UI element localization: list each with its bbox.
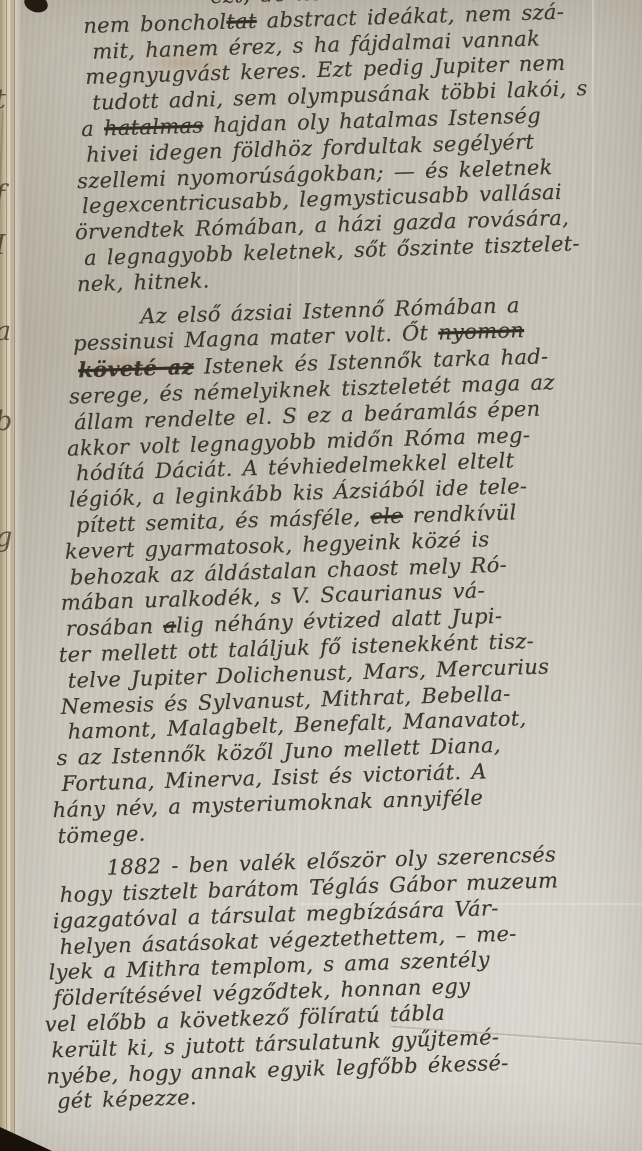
struck-word: nyomon — [438, 318, 525, 345]
text-segment: gét képezze. — [57, 1086, 197, 1114]
text-segment: nek, hitnek. — [77, 268, 210, 296]
manuscript-photo: tfIabg ezt, de nem szivet, melynem bonch… — [0, 0, 642, 1151]
manuscript-text: ezt, de nem szivet, melynem boncholtat a… — [14, 0, 642, 1116]
text-segment: nem bonchol — [83, 10, 227, 38]
margin-glyph-fragment: b — [0, 406, 12, 437]
margin-glyph-fragment: g — [0, 522, 12, 553]
margin-glyph-fragment: t — [0, 84, 6, 115]
text-segment: rendkívül — [403, 500, 517, 527]
text-segment: tömege. — [57, 821, 146, 848]
sheet-edge-line — [6, 0, 7, 1151]
sheet-edge-line — [14, 0, 15, 1151]
margin-glyph-fragment: I — [0, 230, 6, 261]
margin-glyph-fragment: a — [0, 316, 11, 347]
photo-corner-shadow — [0, 1127, 52, 1151]
struck-word: ele — [370, 504, 403, 529]
text-segment: a — [81, 116, 104, 141]
struck-word: hatalmas — [104, 113, 204, 140]
text-segment: rosában — [65, 614, 163, 641]
struck-word: tat — [226, 9, 257, 34]
margin-glyph-fragment: f — [0, 180, 5, 211]
struck-word: a — [163, 614, 177, 638]
struck-word: követé az — [78, 354, 194, 382]
